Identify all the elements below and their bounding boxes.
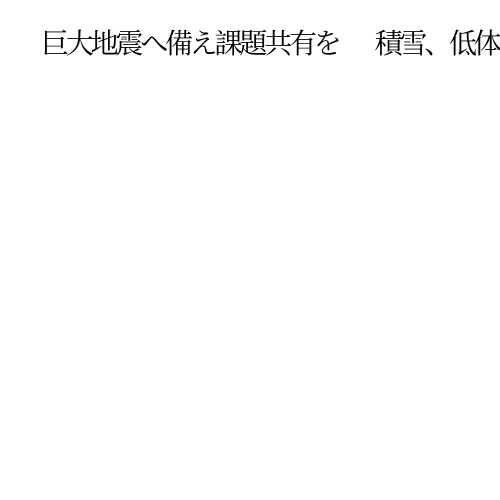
article-page: 巨大地震へ備え課題共有を 積雪、低体 (0, 0, 500, 500)
headline-segment-1: 巨大地震へ備え課題共有を (41, 31, 339, 59)
headline-segment-2: 積雪、低体 (375, 31, 499, 59)
article-headline: 巨大地震へ備え課題共有を 積雪、低体 (41, 31, 499, 59)
